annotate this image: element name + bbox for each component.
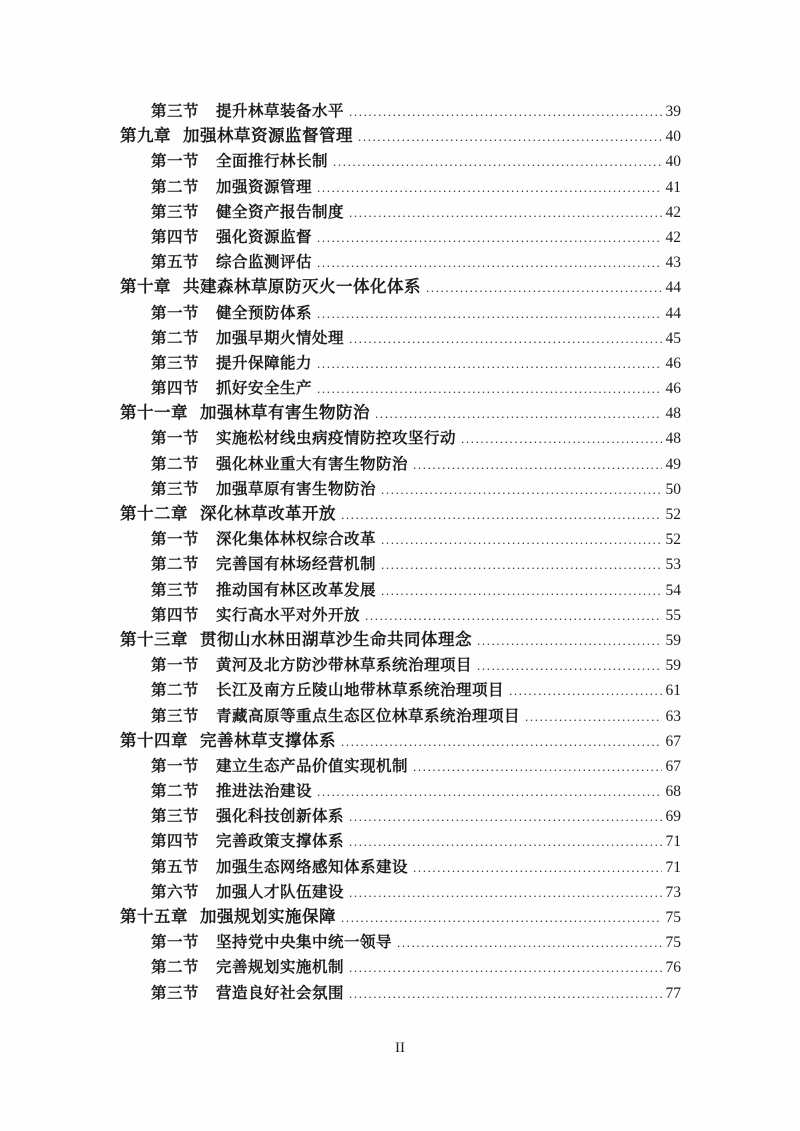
toc-entry-label: 第五节 [151,855,199,880]
toc-dot-leader: ........................................… [365,603,662,628]
toc-entry: 第二节加强早期火情处理.............................… [120,326,681,351]
toc-entry-label: 第二节 [151,326,199,351]
toc-entry-label: 第三节 [151,704,199,729]
toc-dot-leader: ........................................… [317,301,662,326]
toc-entry-title: 加强规划实施保障 [200,905,336,930]
toc-entry-label: 第三节 [151,200,199,225]
toc-entry-title: 坚持党中央集中统一领导 [216,930,392,955]
toc-dot-leader: ........................................… [426,275,662,300]
toc-entry-label: 第二节 [151,552,199,577]
toc-dot-leader: ........................................… [375,401,662,426]
toc-entry-label: 第二节 [151,678,199,703]
toc-entry-page: 71 [663,829,681,854]
toc-entry-title: 加强林草有害生物防治 [200,401,370,426]
toc-dot-leader: ........................................… [358,124,662,149]
toc-entry-page: 46 [663,376,681,401]
toc-entry-page: 61 [663,678,681,703]
toc-entry-label: 第二节 [151,779,199,804]
toc-dot-leader: ........................................… [317,779,662,804]
toc-entry-title: 综合监测评估 [216,250,312,275]
toc-entry-page: 69 [663,804,681,829]
toc-entry-title: 完善政策支撑体系 [216,829,344,854]
toc-entry: 第一节健全预防体系...............................… [120,301,681,326]
toc-entry: 第六节加强人才队伍建设.............................… [120,880,681,905]
toc-entry: 第五节加强生态网络感知体系建设.........................… [120,855,681,880]
toc-entry-page: 67 [663,729,681,754]
toc-entry-page: 46 [663,351,681,376]
toc-dot-leader: ........................................… [477,653,662,678]
toc-entry-title: 全面推行林长制 [216,149,328,174]
toc-dot-leader: ........................................… [461,426,662,451]
toc-entry: 第一节建立生态产品价值实现机制.........................… [120,754,681,779]
table-of-contents: 第三节提升林草装备水平.............................… [120,99,681,1006]
toc-entry: 第十二章深化林草改革开放............................… [120,502,681,527]
toc-entry-page: 55 [663,603,681,628]
toc-entry: 第三节青藏高原等重点生态区位林草系统治理项目..................… [120,704,681,729]
toc-entry-label: 第二节 [151,955,199,980]
toc-entry-label: 第三节 [151,351,199,376]
toc-dot-leader: ........................................… [349,981,662,1006]
toc-entry-title: 健全资产报告制度 [216,200,344,225]
toc-entry-title: 加强生态网络感知体系建设 [216,855,408,880]
toc-entry-page: 77 [663,981,681,1006]
toc-entry-page: 48 [663,426,681,451]
toc-dot-leader: ........................................… [317,351,662,376]
toc-dot-leader: ........................................… [317,175,662,200]
toc-entry-label: 第一节 [151,930,199,955]
toc-dot-leader: ........................................… [413,452,662,477]
toc-dot-leader: ........................................… [381,552,662,577]
toc-entry-page: 42 [663,200,681,225]
toc-entry-label: 第九章 [120,124,171,149]
toc-entry: 第十章共建森林草原防灭火一体化体系.......................… [120,275,681,300]
toc-entry: 第四节实行高水平对外开放............................… [120,603,681,628]
toc-dot-leader: ........................................… [349,829,662,854]
toc-entry-title: 建立生态产品价值实现机制 [216,754,408,779]
toc-entry-title: 加强资源管理 [216,175,312,200]
toc-entry: 第二节长江及南方丘陵山地带林草系统治理项目...................… [120,678,681,703]
toc-entry-title: 实施松材线虫病疫情防控攻坚行动 [216,426,456,451]
toc-entry: 第一节黄河及北方防沙带林草系统治理项目.....................… [120,653,681,678]
toc-entry-label: 第一节 [151,653,199,678]
toc-entry: 第一节深化集体林权综合改革...........................… [120,527,681,552]
toc-entry-label: 第十章 [120,275,171,300]
toc-dot-leader: ........................................… [317,376,662,401]
toc-entry-page: 44 [663,301,681,326]
toc-entry-page: 68 [663,779,681,804]
toc-entry-page: 63 [663,704,681,729]
toc-dot-leader: ........................................… [349,200,662,225]
toc-entry-page: 73 [663,880,681,905]
toc-dot-leader: ........................................… [525,704,662,729]
toc-entry-title: 营造良好社会氛围 [216,981,344,1006]
toc-entry: 第四节强化资源监督...............................… [120,225,681,250]
toc-entry-page: 76 [663,955,681,980]
toc-entry: 第二节强化林业重大有害生物防治.........................… [120,452,681,477]
toc-entry-page: 50 [663,477,681,502]
toc-entry-label: 第十二章 [120,502,188,527]
toc-entry: 第三节推动国有林区改革发展...........................… [120,578,681,603]
toc-entry-label: 第三节 [151,981,199,1006]
toc-entry-label: 第三节 [151,99,199,124]
toc-entry-title: 健全预防体系 [216,301,312,326]
toc-entry-page: 75 [663,930,681,955]
toc-entry-page: 39 [663,99,681,124]
toc-dot-leader: ........................................… [349,880,662,905]
toc-entry-title: 强化林业重大有害生物防治 [216,452,408,477]
toc-dot-leader: ........................................… [381,578,662,603]
toc-entry-page: 59 [663,653,681,678]
toc-entry-title: 加强林草资源监督管理 [183,124,353,149]
toc-entry-title: 长江及南方丘陵山地带林草系统治理项目 [216,678,504,703]
toc-entry: 第一节全面推行林长制..............................… [120,149,681,174]
toc-entry-title: 青藏高原等重点生态区位林草系统治理项目 [216,704,520,729]
toc-entry: 第三节营造良好社会氛围.............................… [120,981,681,1006]
toc-entry-title: 黄河及北方防沙带林草系统治理项目 [216,653,472,678]
toc-entry: 第三节强化科技创新体系.............................… [120,804,681,829]
toc-entry-title: 完善规划实施机制 [216,955,344,980]
toc-entry-title: 加强人才队伍建设 [216,880,344,905]
toc-entry-title: 共建森林草原防灭火一体化体系 [183,275,421,300]
toc-entry-page: 71 [663,855,681,880]
toc-dot-leader: ........................................… [349,99,662,124]
toc-dot-leader: ........................................… [413,855,662,880]
toc-entry-title: 推进法治建设 [216,779,312,804]
toc-entry-title: 深化林草改革开放 [200,502,336,527]
toc-dot-leader: ........................................… [349,955,662,980]
toc-entry-title: 贯彻山水林田湖草沙生命共同体理念 [200,628,472,653]
toc-entry-title: 完善林草支撑体系 [200,729,336,754]
toc-entry-page: 49 [663,452,681,477]
toc-entry-title: 强化科技创新体系 [216,804,344,829]
toc-entry: 第十五章加强规划实施保障............................… [120,905,681,930]
toc-dot-leader: ........................................… [333,149,662,174]
toc-dot-leader: ........................................… [381,477,662,502]
toc-entry-label: 第十五章 [120,905,188,930]
toc-entry-label: 第四节 [151,603,199,628]
toc-entry-page: 45 [663,326,681,351]
toc-entry: 第一节坚持党中央集中统一领导..........................… [120,930,681,955]
toc-entry-page: 44 [663,275,681,300]
page-footer-number: II [0,1040,800,1057]
toc-dot-leader: ........................................… [341,729,662,754]
toc-entry-page: 75 [663,905,681,930]
toc-entry: 第一节实施松材线虫病疫情防控攻坚行动......................… [120,426,681,451]
toc-entry-label: 第一节 [151,754,199,779]
toc-entry-title: 加强草原有害生物防治 [216,477,376,502]
toc-entry-label: 第三节 [151,578,199,603]
toc-entry-page: 52 [663,527,681,552]
toc-entry-page: 40 [663,149,681,174]
toc-dot-leader: ........................................… [317,225,662,250]
toc-entry-page: 52 [663,502,681,527]
toc-entry: 第三节加强草原有害生物防治...........................… [120,477,681,502]
toc-entry: 第二节加强资源管理...............................… [120,175,681,200]
toc-entry-label: 第三节 [151,477,199,502]
toc-entry-label: 第十三章 [120,628,188,653]
toc-entry-title: 实行高水平对外开放 [216,603,360,628]
toc-entry: 第十一章加强林草有害生物防治..........................… [120,401,681,426]
toc-entry: 第三节提升保障能力...............................… [120,351,681,376]
toc-dot-leader: ........................................… [509,678,662,703]
toc-entry-page: 43 [663,250,681,275]
toc-entry: 第五节综合监测评估...............................… [120,250,681,275]
toc-entry-page: 41 [663,175,681,200]
toc-entry: 第十三章贯彻山水林田湖草沙生命共同体理念....................… [120,628,681,653]
toc-entry-page: 42 [663,225,681,250]
toc-entry-title: 推动国有林区改革发展 [216,578,376,603]
toc-dot-leader: ........................................… [349,804,662,829]
toc-entry: 第二节推进法治建设...............................… [120,779,681,804]
toc-entry-label: 第六节 [151,880,199,905]
toc-entry-title: 深化集体林权综合改革 [216,527,376,552]
toc-entry-label: 第一节 [151,301,199,326]
toc-entry-label: 第四节 [151,225,199,250]
toc-entry-label: 第四节 [151,829,199,854]
toc-entry-title: 抓好安全生产 [216,376,312,401]
toc-dot-leader: ........................................… [349,326,662,351]
toc-entry: 第三节健全资产报告制度.............................… [120,200,681,225]
toc-entry: 第四节完善政策支撑体系.............................… [120,829,681,854]
toc-entry: 第四节抓好安全生产...............................… [120,376,681,401]
toc-entry-label: 第十一章 [120,401,188,426]
toc-entry: 第三节提升林草装备水平.............................… [120,99,681,124]
toc-dot-leader: ........................................… [397,930,662,955]
toc-entry-page: 67 [663,754,681,779]
toc-entry-label: 第四节 [151,376,199,401]
toc-entry: 第九章加强林草资源监督管理...........................… [120,124,681,149]
toc-entry-page: 54 [663,578,681,603]
toc-dot-leader: ........................................… [413,754,662,779]
toc-entry-title: 提升林草装备水平 [216,99,344,124]
toc-entry-page: 48 [663,401,681,426]
toc-entry-label: 第一节 [151,527,199,552]
toc-entry: 第十四章完善林草支撑体系............................… [120,729,681,754]
toc-entry-title: 提升保障能力 [216,351,312,376]
toc-entry-label: 第十四章 [120,729,188,754]
toc-entry-label: 第一节 [151,426,199,451]
toc-dot-leader: ........................................… [477,628,662,653]
toc-entry: 第二节完善规划实施机制.............................… [120,955,681,980]
toc-entry-title: 完善国有林场经营机制 [216,552,376,577]
toc-entry-label: 第五节 [151,250,199,275]
toc-entry-page: 40 [663,124,681,149]
toc-entry-label: 第一节 [151,149,199,174]
toc-entry-label: 第二节 [151,452,199,477]
toc-entry-title: 加强早期火情处理 [216,326,344,351]
toc-entry: 第二节完善国有林场经营机制...........................… [120,552,681,577]
toc-dot-leader: ........................................… [317,250,662,275]
toc-entry-label: 第二节 [151,175,199,200]
toc-entry-label: 第三节 [151,804,199,829]
toc-entry-title: 强化资源监督 [216,225,312,250]
toc-dot-leader: ........................................… [381,527,662,552]
toc-entry-page: 53 [663,552,681,577]
toc-entry-page: 59 [663,628,681,653]
toc-dot-leader: ........................................… [341,905,662,930]
document-page: 第三节提升林草装备水平.............................… [0,0,800,1131]
toc-dot-leader: ........................................… [341,502,662,527]
